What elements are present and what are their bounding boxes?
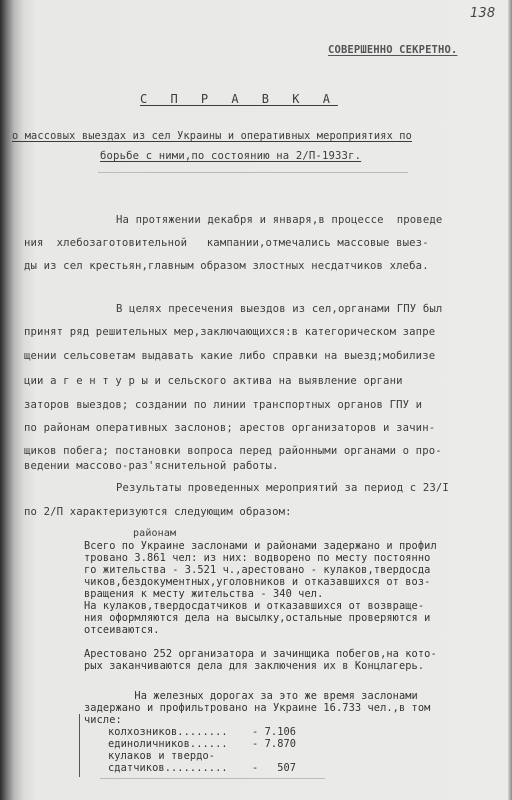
document-page: 138 СОВЕРШЕННО СЕКРЕТНО. С П Р А В К А о… <box>0 0 512 800</box>
section-line: Всего по Украине заслонами и районами за… <box>84 540 437 552</box>
handwritten-insert: районам <box>133 528 176 539</box>
margin-bracket <box>79 714 80 777</box>
document-title: С П Р А В К А <box>140 92 338 106</box>
paragraph-line: по районам оперативных заслонов; арестов… <box>24 422 435 434</box>
section-line: чиков,бездокументных,уголовников и отказ… <box>84 576 430 588</box>
breakdown-label: кулаков и твердо- <box>108 750 215 762</box>
section-line: вращения к месту жительства - 340 чел. <box>84 588 323 600</box>
paragraph-line: по 2/П характеризуются следующим образом… <box>24 506 292 518</box>
breakdown-value: - 507 <box>252 762 296 774</box>
paragraph-line: заторов выездов; создании по линии транс… <box>24 399 422 411</box>
subtitle-line-2: борьбе с ними,по состоянию на 2/П-1933г. <box>100 150 361 162</box>
paragraph-line: принят ряд решительных мер,заключающихся… <box>24 326 435 338</box>
classification-stamp: СОВЕРШЕННО СЕКРЕТНО. <box>328 44 457 56</box>
breakdown-rule <box>100 778 325 779</box>
paragraph-line: ния хлебозаготовительной кампании,отмеча… <box>24 237 429 249</box>
section-line: На кулаков,твердосдатчиков и отказавшихс… <box>84 600 424 612</box>
paragraph-line: щиков побега; постановки вопроса перед р… <box>24 445 442 457</box>
page-number: 138 <box>470 6 495 21</box>
paragraph-line: В целях пресечения выездов из сел,органа… <box>116 303 442 315</box>
paragraph-line: ции а г е н т у р ы и сельского актива н… <box>24 375 403 387</box>
breakdown-value: - 7.870 <box>252 738 296 750</box>
section-line: рых заканчиваются дела для заключения их… <box>84 660 424 672</box>
breakdown-value: - 7.106 <box>252 726 296 738</box>
section-line: ния оформляются дела на высылку,остальны… <box>84 612 430 624</box>
breakdown-label: сдатчиков.......... <box>108 762 228 774</box>
paragraph-line: ды из сел крестьян,главным образом злост… <box>24 260 429 272</box>
page-edge-shadow <box>508 0 512 800</box>
paragraph-line: ведении массово-раз'яснительной работы. <box>24 460 279 472</box>
subtitle-underline <box>98 172 408 173</box>
subtitle-line-1: о массовых выездах из сел Украины и опер… <box>12 130 412 142</box>
section-line: Арестовано 252 организатора и зачинщика … <box>84 648 437 660</box>
section-line: задержано и профильтровано на Украине 16… <box>84 702 430 714</box>
paragraph-line: На протяжении декабря и января,в процесс… <box>116 214 442 226</box>
paragraph-line: Результаты проведенных мероприятий за пе… <box>116 482 449 494</box>
section-line: отсеиваются. <box>84 624 160 636</box>
paragraph-line: щении сельсоветам выдавать какие либо сп… <box>24 350 435 362</box>
section-line: тровано 3.861 чел: из них: водворено по … <box>84 552 430 564</box>
breakdown-label: колхозников........ <box>108 726 228 738</box>
section-line: го жительства - 3.521 ч.,арестовано - ку… <box>84 564 430 576</box>
section-line: числе: <box>84 714 122 726</box>
breakdown-label: единоличников...... <box>108 738 228 750</box>
section-line: На железных дорогах за это же время засл… <box>84 690 418 702</box>
